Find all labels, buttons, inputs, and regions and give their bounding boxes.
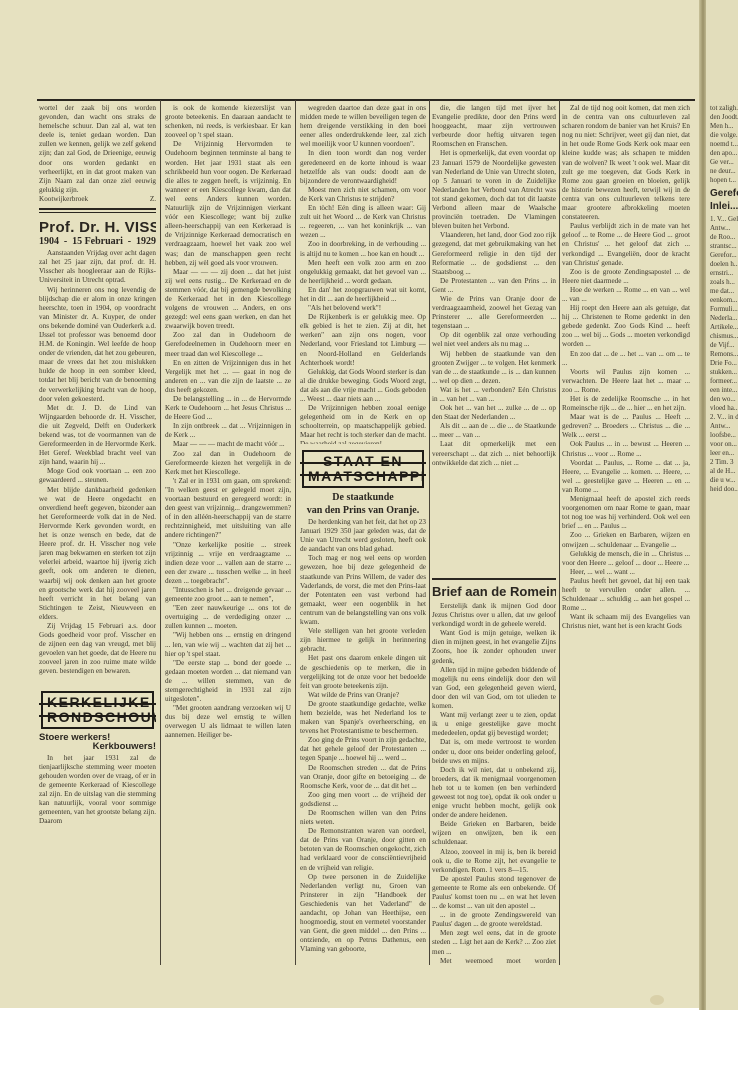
fragment: 2. V... in de G... bbox=[710, 413, 738, 422]
fragment: Gerefo... bbox=[710, 189, 738, 198]
paragraph: Eerstelijk dank ik mijnen God door Jezus… bbox=[432, 602, 556, 629]
paragraph: Beide Grieken en Barbaren, beide wijzen … bbox=[432, 820, 556, 847]
fragment: Antw... bbox=[710, 422, 738, 431]
paragraph: Moest men zich niet schamen, om voor de … bbox=[300, 186, 426, 204]
fragment: den wo... bbox=[710, 395, 738, 404]
fragment: strantsc... bbox=[710, 242, 738, 251]
date-to: 15 Februari bbox=[72, 237, 123, 246]
fragment: al de H... bbox=[710, 467, 738, 476]
paragraph: De groote staatkundige gedachte, welke h… bbox=[300, 700, 426, 736]
paragraph: Men heeft een volk zoo arm en zoo ongelu… bbox=[300, 259, 426, 286]
paragraph: Met dr. J. D. de Lind van Wijngaarden be… bbox=[39, 404, 156, 468]
paragraph: Alzoo, zooveel in mij is, ben ik bereid … bbox=[432, 848, 556, 875]
article-dates: 1904 - 15 Februari - 1929 bbox=[39, 237, 156, 246]
paragraph: Aanstaanden Vrijdag over acht dagen zal … bbox=[39, 249, 156, 285]
paragraph: Laat dit opmerkelijk met een vereerschap… bbox=[432, 440, 556, 467]
column-1: wortel der zaak bij ons worden gevonden,… bbox=[39, 104, 156, 964]
paragraph: Het is de zedelijke Roomsche ... in het … bbox=[562, 395, 690, 413]
fragment: 1. V... Geloofs... bbox=[710, 215, 738, 224]
paragraph: De herdenking van het feit, dat het op 2… bbox=[300, 518, 426, 554]
fragment: me dat... bbox=[710, 287, 738, 296]
fragment: hopen t... bbox=[710, 176, 738, 185]
column-4: die, die langen tijd met ijver het Evang… bbox=[432, 104, 556, 966]
paragraph: Maar — — — macht de macht vóór ... bbox=[165, 440, 291, 449]
body-text: wortel der zaak bij ons worden gevonden,… bbox=[39, 104, 156, 195]
article-title-staatkunde-2: van den Prins van Oranje. bbox=[300, 505, 426, 516]
column-3: wegreden daartoe dan deze gaat in ons mi… bbox=[300, 104, 426, 966]
fragment: Antw... bbox=[710, 224, 738, 233]
fragment: Artikele... bbox=[710, 323, 738, 332]
fragment: Men h... bbox=[710, 122, 738, 131]
paragraph: Voorts wil Paulus zijn komen ... verwach… bbox=[562, 368, 690, 395]
fragment: loofsbe... bbox=[710, 431, 738, 440]
fragment: 2 Tim. 3 bbox=[710, 458, 738, 467]
signature-place: Kootwijkerbroek bbox=[39, 195, 88, 204]
paragraph: In zijn ontbreek ... dat ... Vrijzinnige… bbox=[165, 422, 291, 440]
fragment: Remons... bbox=[710, 350, 738, 359]
fragment: doelen h... bbox=[710, 260, 738, 269]
paragraph: Ook het ... van het ... zulke ... de ...… bbox=[432, 404, 556, 422]
subheading-right: Kerkbouwers! bbox=[39, 742, 156, 751]
paragraph: En tòch! Eén ding is alleen waar: Gij zu… bbox=[300, 204, 426, 240]
fragment: Inlei... bbox=[710, 202, 738, 211]
fragment: een inte... bbox=[710, 386, 738, 395]
date-year: 1929 bbox=[136, 237, 156, 246]
paragraph: "De eerste stap ... bond der goede ... g… bbox=[165, 659, 291, 704]
paragraph: De Rijkenberk is er gelukkig mee. Op elk… bbox=[300, 313, 426, 368]
paragraph: ... in de groote Zendingswereld van Paul… bbox=[432, 911, 556, 929]
paragraph: Gelukkig, dat Gods Woord sterker is dan … bbox=[300, 368, 426, 404]
paragraph: "Intusschen is het ... dreigende gevaar … bbox=[165, 586, 291, 604]
paragraph: "Onze kerkelijke positie ... streek vrij… bbox=[165, 541, 291, 586]
fragment: den apo... bbox=[710, 149, 738, 158]
fragment: Ge ver... bbox=[710, 158, 738, 167]
fragment: Formuli... bbox=[710, 305, 738, 314]
section-rule bbox=[39, 208, 156, 210]
paragraph: die, die langen tijd met ijver het Evang… bbox=[432, 104, 556, 149]
paragraph: Maar wat is de ... Paulus ... Heeft ... … bbox=[562, 413, 690, 440]
fragment: ernstri... bbox=[710, 269, 738, 278]
article-body-staatkunde: De herdenking van het feit, dat het op 2… bbox=[300, 518, 426, 955]
column-divider bbox=[559, 100, 560, 965]
paper-stain bbox=[650, 995, 664, 1005]
paragraph: "Met grooten aandrang verzoeken wij U du… bbox=[165, 704, 291, 740]
paragraph: Paulus verblijdt zich in de mate van het… bbox=[562, 222, 690, 267]
column-divider bbox=[295, 100, 296, 965]
article-title-staatkunde-1: De staatkunde bbox=[300, 492, 426, 503]
paragraph: 't Zal er in 1931 om gaan, om sprekend: … bbox=[165, 477, 291, 541]
paragraph: Het is opmerkelijk, dat even voordat op … bbox=[432, 149, 556, 231]
paragraph: Vele stelligen van het groote verleden z… bbox=[300, 627, 426, 654]
signature-initial: Z. bbox=[150, 195, 156, 204]
paragraph: De Roomschen willen van den Prins niets … bbox=[300, 809, 426, 827]
fragment: de Vijf... bbox=[710, 341, 738, 350]
paragraph: Het past ons daarom enkele dingen uit de… bbox=[300, 654, 426, 690]
article-body-visscher: Aanstaanden Vrijdag over acht dagen zal … bbox=[39, 249, 156, 676]
paragraph: De Protestanten ... van den Prins ... in… bbox=[432, 277, 556, 295]
fragment: heid doo... bbox=[710, 485, 738, 494]
paragraph: Wij hebben de staatkunde van den grooten… bbox=[432, 350, 556, 386]
paragraph: Zoo zal dan in Oudehoorn de Gerefodeelne… bbox=[165, 331, 291, 358]
paragraph: Wie de Prins van Oranje door de verdraag… bbox=[432, 295, 556, 331]
banner-line: STAAT EN bbox=[308, 454, 418, 469]
paragraph: Maar — — — zij doen ... dat het juist zi… bbox=[165, 268, 291, 332]
paragraph: In dien toon wordt dan nog verder gerede… bbox=[300, 149, 426, 185]
paragraph: De Vrijzinnig Hervormden te Oudehoorn be… bbox=[165, 140, 291, 267]
paragraph: "Als het belovend werk"! bbox=[300, 304, 426, 313]
paragraph: De Remonstranten waren van oordeel, dat … bbox=[300, 827, 426, 872]
article-body-kerkbouwers: In het jaar 1931 zal de tienjaarlijksche… bbox=[39, 754, 156, 827]
fragment: vloed ha... bbox=[710, 404, 738, 413]
paragraph: "Een zeer nauwkeurige ... ons tot de ove… bbox=[165, 604, 291, 631]
paragraph: Ook Paulus ... in ... bewust ... Heeren … bbox=[562, 440, 690, 458]
fragment: Nederla... bbox=[710, 314, 738, 323]
section-rule bbox=[39, 212, 156, 213]
paragraph: Vlaanderen, het land, door God zoo rijk … bbox=[432, 231, 556, 276]
article-title-brief: Brief aan de Romeinen. bbox=[432, 584, 556, 599]
fragment: Drie Fo... bbox=[710, 359, 738, 368]
paragraph: Zoo in doorbreking, in de verhouding ...… bbox=[300, 240, 426, 258]
paragraph: En en zitten de Vrijzinnigen dus in het … bbox=[165, 359, 291, 395]
fragment: die u w... bbox=[710, 476, 738, 485]
top-rule bbox=[37, 99, 695, 101]
column-2: is ook de komende kiezerslijst van groot… bbox=[165, 104, 291, 966]
paragraph: Wij herinneren ons nog levendig de blijd… bbox=[39, 286, 156, 404]
next-page-fragments: tot zaligh...den Joodt...Men h...die vol… bbox=[710, 104, 738, 494]
paragraph: Men zegt wel eens, dat in de groote sted… bbox=[432, 929, 556, 956]
fragment: zoals h... bbox=[710, 278, 738, 287]
article-title-visscher: Prof. Dr. H. VISSCHER bbox=[39, 219, 156, 236]
paragraph: Hoe de werken ... Rome ... en van ... we… bbox=[562, 286, 690, 304]
paragraph: Met blijde dankbaarheid gedenken we wat … bbox=[39, 486, 156, 622]
banner-line: RONDSCHOUW bbox=[47, 710, 148, 725]
fragment: voor on... bbox=[710, 440, 738, 449]
paragraph: Zij Vrijdag 15 Februari a.s. door Gods g… bbox=[39, 622, 156, 677]
fragment: tot zaligh... bbox=[710, 104, 738, 113]
paragraph: Want ik schaam mij des Evangelies van Ch… bbox=[562, 613, 690, 631]
fragment: noemd t... bbox=[710, 140, 738, 149]
column-3-body: wegreden daartoe dan deze gaat in ons mi… bbox=[300, 104, 426, 444]
paragraph: Hij roept den Heere aan als getuige, dat… bbox=[562, 304, 690, 349]
section-banner-staat-en-maatschappij: STAAT EN MAATSCHAPPIJ bbox=[302, 450, 424, 488]
paragraph: Zoo is de groote Zendingsapostel ... de … bbox=[562, 268, 690, 286]
fragment: formeer... bbox=[710, 377, 738, 386]
section-rule bbox=[432, 578, 556, 580]
paragraph: Gelukkig de mensch, die in ... Christus … bbox=[562, 550, 690, 568]
section-banner-kerkelijke-rondschouw: KERKELIJKE RONDSCHOUW bbox=[41, 691, 154, 729]
banner-line: KERKELIJKE bbox=[47, 695, 148, 710]
fragment: chismus... bbox=[710, 332, 738, 341]
fragment: den Joodt... bbox=[710, 113, 738, 122]
column-4-body: die, die langen tijd met ijver het Evang… bbox=[432, 104, 556, 574]
paragraph: Wat is het ... verbonden? Eén Christus i… bbox=[432, 386, 556, 404]
fragment: stukken... bbox=[710, 368, 738, 377]
paragraph: Als dit ... aan de ... die ... de Staatk… bbox=[432, 422, 556, 440]
paragraph: Voordat ... Paulus, ... Rome ... dat ...… bbox=[562, 459, 690, 495]
paragraph: Zal de tijd nog ooit komen, dat men zich… bbox=[562, 104, 690, 222]
paragraph: Menigmaal heeft de apostel zich reeds vo… bbox=[562, 495, 690, 531]
paragraph: Allen tijd in mijne gebeden biddende of … bbox=[432, 666, 556, 711]
fragment: leer en... bbox=[710, 449, 738, 458]
paragraph: De apostel Paulus stond tegenover de gem… bbox=[432, 875, 556, 911]
paragraph: Zoo ... Grieken en Barbaren, wijzen en o… bbox=[562, 531, 690, 549]
paragraph: Doch ik wil niet, dat u onbekend zij, br… bbox=[432, 766, 556, 821]
paragraph: Wat wilde de Prins van Oranje? bbox=[300, 691, 426, 700]
paragraph: Met weemoed moet worden geconstateerd, d… bbox=[432, 957, 556, 966]
signature: Kootwijkerbroek Z. bbox=[39, 195, 156, 204]
fragment: de Roo... bbox=[710, 233, 738, 242]
paragraph: is ook de komende kiezerslijst van groot… bbox=[165, 104, 291, 140]
paragraph: Zoo ging de Prins voort in zijn gedachte… bbox=[300, 736, 426, 763]
paragraph: Toch mag er nog wel eens op worden gewez… bbox=[300, 554, 426, 627]
paragraph: Paulus heeft het gevoel, dat hij een taa… bbox=[562, 577, 690, 613]
paragraph: Heer, ... wel ... want ... bbox=[562, 568, 690, 577]
paragraph: Zoo ging men voort ... de vrijheid der g… bbox=[300, 791, 426, 809]
paragraph: "Wij hebben ons ... ernstig en dringend … bbox=[165, 631, 291, 658]
paragraph: De belangstelling ... in ... de Hervormd… bbox=[165, 395, 291, 422]
column-divider bbox=[160, 100, 161, 965]
column-5: Zal de tijd nog ooit komen, dat men zich… bbox=[562, 104, 690, 966]
paragraph: Dat is, om mede vertroost te worden onde… bbox=[432, 738, 556, 765]
fragment: eenkom... bbox=[710, 296, 738, 305]
paragraph: En zoo dat ... de ... het ... van ... om… bbox=[562, 350, 690, 368]
fragment: Gerefor... bbox=[710, 251, 738, 260]
fragment: die volge... bbox=[710, 131, 738, 140]
paragraph: Zoo zal dan in Oudehoorn de Gereformeerd… bbox=[165, 450, 291, 477]
paragraph: Want God is mijn getuige, welken ik dien… bbox=[432, 629, 556, 665]
paragraph: Want mij verlangt zeer u te zien, opdat … bbox=[432, 711, 556, 738]
article-body-brief: Eerstelijk dank ik mijnen God door Jezus… bbox=[432, 602, 556, 966]
paragraph: Op twee personen in de Zuidelijke Nederl… bbox=[300, 873, 426, 955]
paragraph: Moge God ook voortaan ... een zoo gewaar… bbox=[39, 467, 156, 485]
fragment: ne deur... bbox=[710, 167, 738, 176]
date-from: 1904 bbox=[39, 237, 59, 246]
column-divider bbox=[429, 100, 430, 965]
banner-line: MAATSCHAPPIJ bbox=[308, 469, 418, 484]
paragraph: En dan' het zoopgrauwen wat uit komt, he… bbox=[300, 286, 426, 304]
paragraph: wegreden daartoe dan deze gaat in ons mi… bbox=[300, 104, 426, 149]
paragraph: Op dit ogenblik zal onze verhouding wel … bbox=[432, 331, 556, 349]
paragraph: De Roomschen streden ... dat de Prins va… bbox=[300, 764, 426, 791]
paragraph: In het jaar 1931 zal de tienjaarlijksche… bbox=[39, 754, 156, 827]
paragraph: De Vrijzinnigen hebben zooal eenige gele… bbox=[300, 404, 426, 444]
